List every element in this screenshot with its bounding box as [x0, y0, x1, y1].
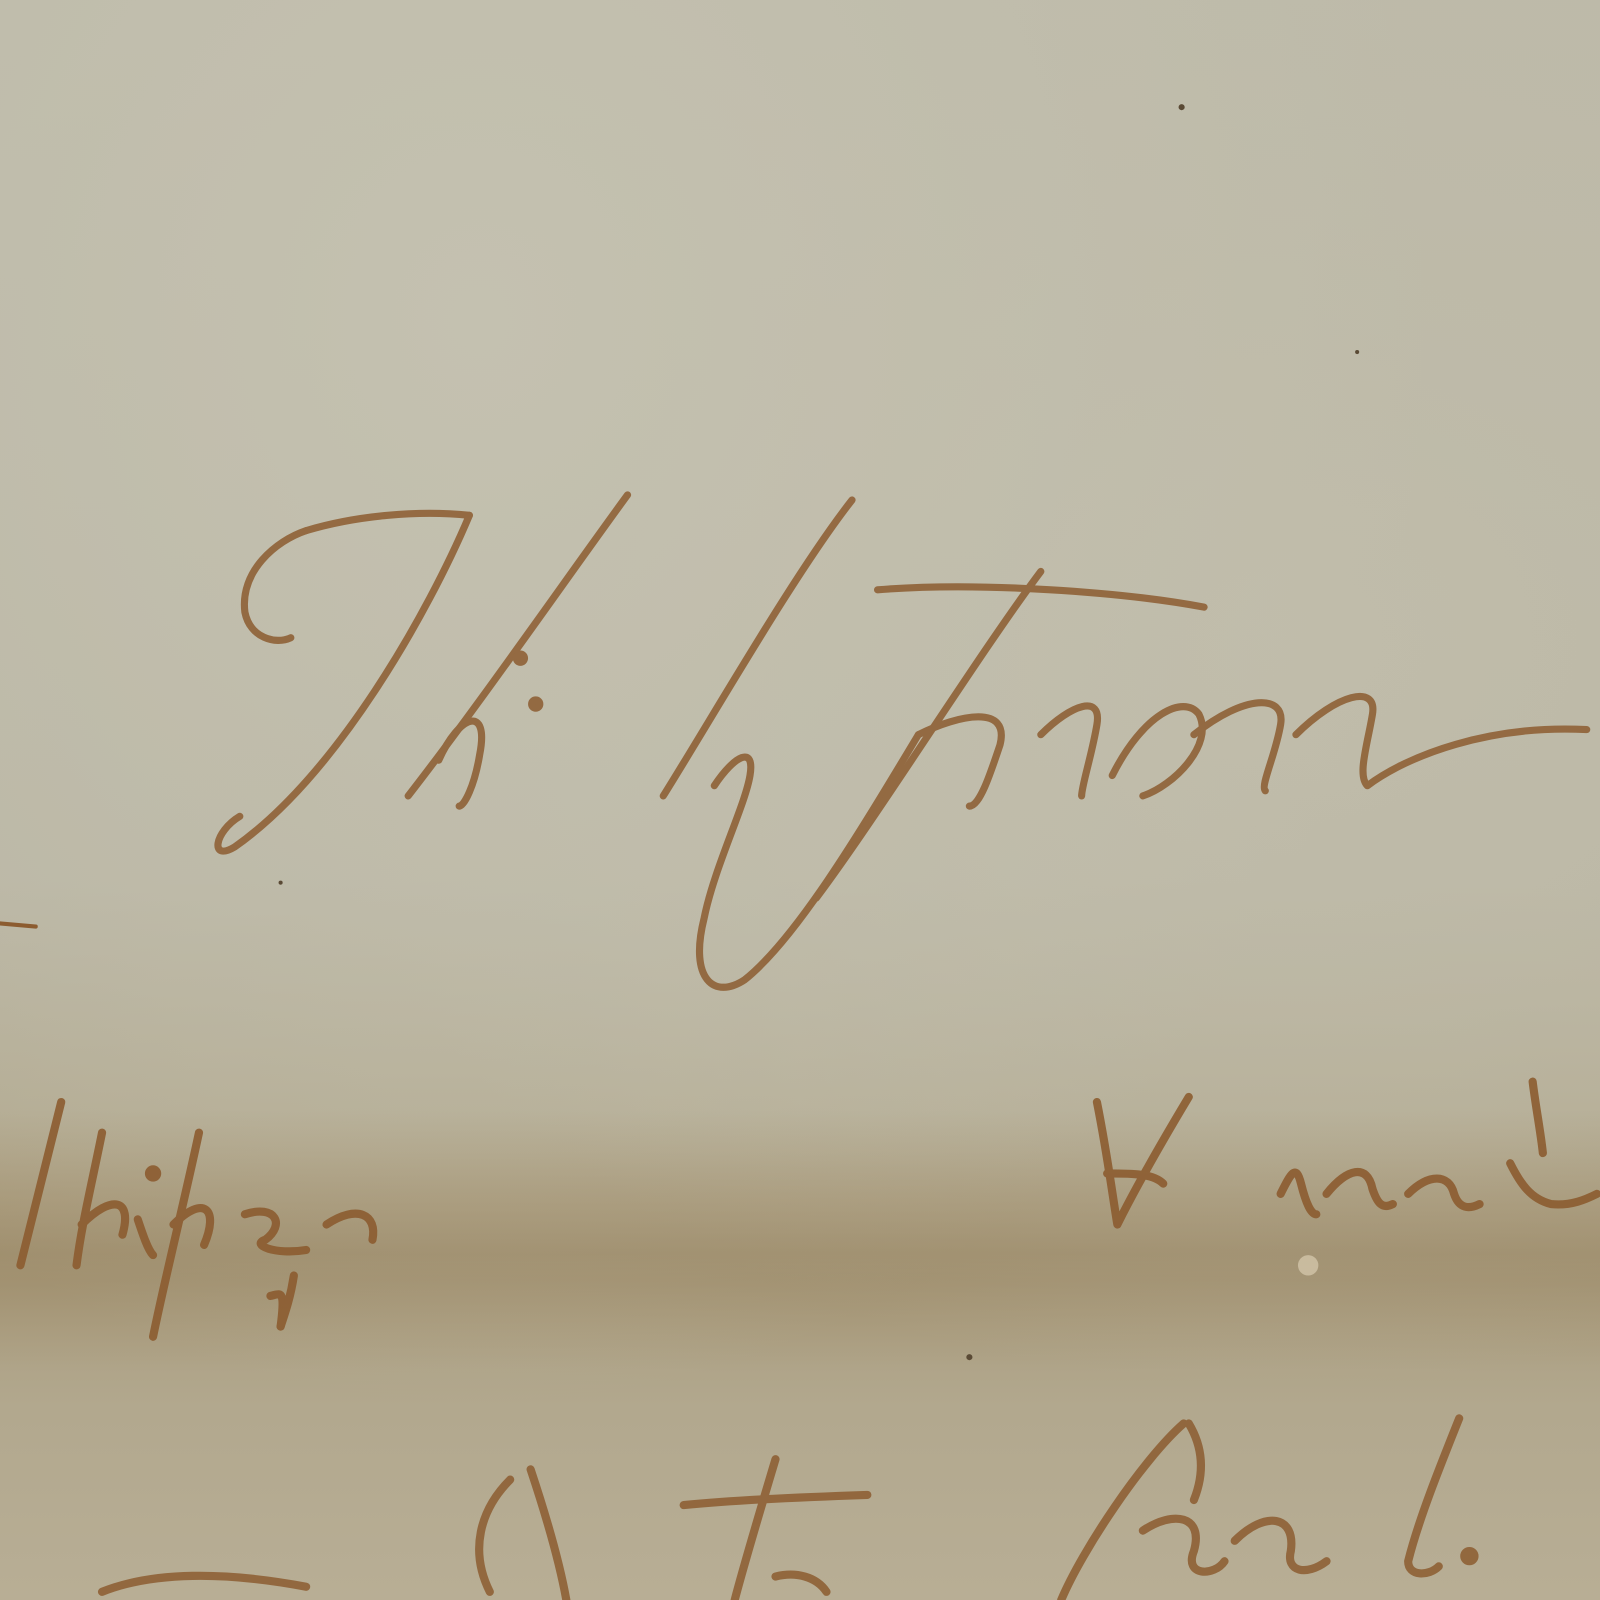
manuscript-photo: Th: Jefferson thington, & incl ...nd to … — [0, 0, 1600, 1600]
handwriting-ink — [0, 0, 1600, 1600]
paper-bubble — [1298, 1255, 1318, 1275]
text-line-1 — [20, 1082, 1597, 1337]
paper-specks — [0, 104, 1359, 1360]
signature — [218, 495, 1587, 987]
text-line-2 — [102, 1418, 1474, 1600]
